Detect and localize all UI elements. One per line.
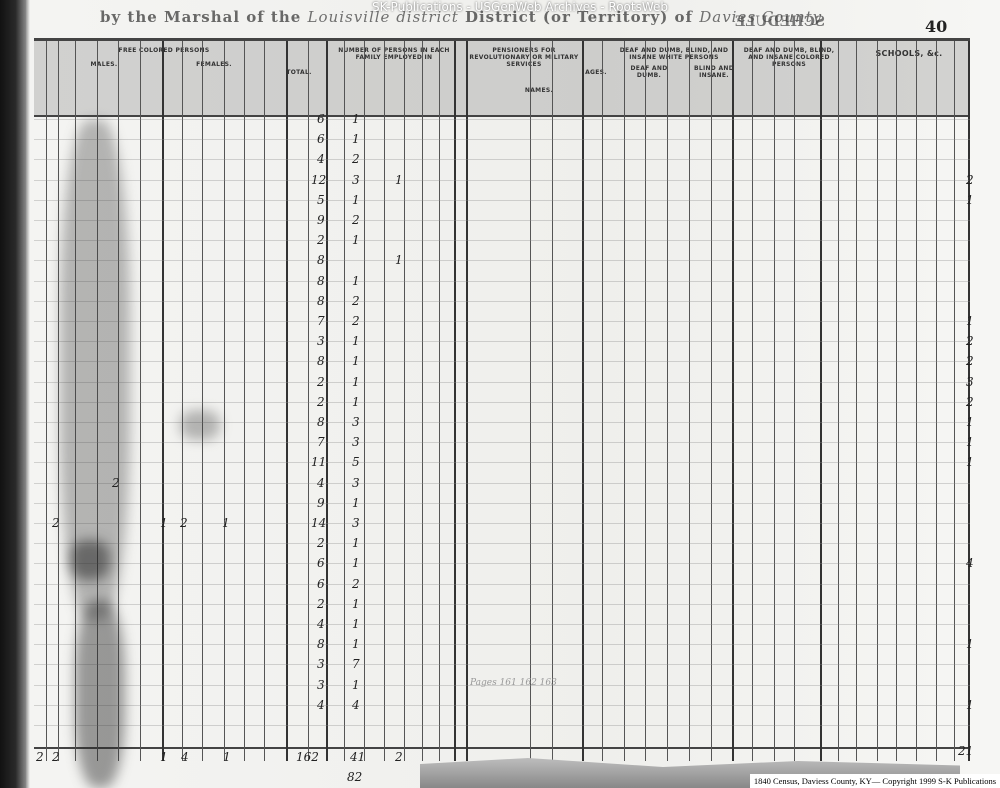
total-females-cell: 1: [160, 750, 168, 764]
page-header: by the Marshal of the Louisville distric…: [100, 8, 822, 26]
row-rule: [34, 725, 970, 726]
total-cell: 9: [317, 496, 325, 510]
agriculture-cell: 2: [352, 294, 360, 308]
agriculture-cell: 3: [352, 435, 360, 449]
agriculture-cell: 1: [352, 193, 360, 207]
agriculture-cell: 7: [352, 657, 360, 671]
row-rule: [34, 523, 970, 524]
illiterate-cell: 1: [966, 637, 974, 651]
total-cell: 6: [317, 556, 325, 570]
agriculture-cell: 1: [352, 132, 360, 146]
row-rule: [34, 563, 970, 564]
hdr-schools: SCHOOLS, &c.: [854, 49, 964, 58]
total-agriculture-cell: 41: [350, 750, 365, 764]
illiterate-cell: 4: [966, 556, 974, 570]
row-rule: [34, 341, 970, 342]
row-rule: [34, 180, 970, 181]
agriculture-cell: 1: [352, 597, 360, 611]
row-rule: [34, 220, 970, 221]
total-males-cell: 2: [36, 750, 44, 764]
stain: [75, 600, 125, 788]
agriculture-cell: 1: [352, 536, 360, 550]
hdr-free-colored: FREE COLORED PERSONS: [54, 47, 274, 54]
row-rule: [34, 604, 970, 605]
total-females-cell: 1: [223, 750, 231, 764]
total-cell: 2: [317, 536, 325, 550]
free-colored-cell: 1: [160, 516, 168, 530]
manufactures-cell: 1: [395, 173, 403, 187]
hdr-pensioners: PENSIONERS FOR REVOLUTIONARY OR MILITARY…: [469, 47, 579, 68]
agriculture-cell: 1: [352, 556, 360, 570]
total-cell: 8: [317, 354, 325, 368]
total-cell: 12: [311, 173, 326, 187]
row-rule: [34, 442, 970, 443]
hdr-deaf-white: DEAF AND DUMB, BLIND, AND INSANE WHITE P…: [614, 47, 734, 61]
sum-note-cell: 82: [347, 770, 362, 784]
total-cell: 3: [317, 657, 325, 671]
agriculture-cell: 2: [352, 314, 360, 328]
illiterate-cell: 3: [966, 375, 974, 389]
agriculture-cell: 3: [352, 415, 360, 429]
total-cell: 4: [317, 617, 325, 631]
row-rule: [34, 361, 970, 362]
total-cell: 8: [317, 415, 325, 429]
stain: [70, 540, 110, 580]
manufactures-cell: 1: [395, 253, 403, 267]
row-rule: [34, 503, 970, 504]
free-colored-cell: 2: [180, 516, 188, 530]
totals-divider: [34, 747, 970, 749]
row-rule: [34, 260, 970, 261]
agriculture-cell: 2: [352, 152, 360, 166]
total-cell: 2: [317, 375, 325, 389]
total-cell: 2: [317, 597, 325, 611]
row-rule: [34, 584, 970, 585]
illiterate-cell: 1: [966, 698, 974, 712]
faint-note: Pages 161 162 163: [470, 678, 557, 688]
total-cell: 6: [317, 577, 325, 591]
row-rule: [34, 240, 970, 241]
census-table: FREE COLORED PERSONS MALES. FEMALES. TOT…: [34, 38, 970, 761]
agriculture-cell: 3: [352, 476, 360, 490]
hdr-names: NAMES.: [514, 87, 564, 94]
total-males-cell: 2: [52, 750, 60, 764]
total-cell: 7: [317, 314, 325, 328]
total-cell: 4: [317, 152, 325, 166]
total-cell: 11: [311, 455, 326, 469]
agriculture-cell: 1: [352, 334, 360, 348]
illiterate-cell: 2: [966, 395, 974, 409]
free-colored-cell: 2: [112, 476, 120, 490]
illiterate-cell: 1: [966, 455, 974, 469]
row-rule: [34, 321, 970, 322]
total-cell: 8: [317, 294, 325, 308]
agriculture-cell: 1: [352, 274, 360, 288]
agriculture-cell: 3: [352, 516, 360, 530]
free-colored-cell: 2: [52, 516, 60, 530]
row-rule: [34, 382, 970, 383]
agriculture-cell: 2: [352, 577, 360, 591]
total-cell: 2: [317, 233, 325, 247]
total-illiterate-cell: 21: [958, 744, 973, 758]
row-rule: [34, 664, 970, 665]
illiterate-cell: 1: [966, 435, 974, 449]
row-rule: [34, 543, 970, 544]
agriculture-cell: 4: [352, 698, 360, 712]
agriculture-cell: 1: [352, 678, 360, 692]
agriculture-cell: 5: [352, 455, 360, 469]
hdr-females: FEMALES.: [159, 61, 269, 68]
total-cell: 9: [317, 213, 325, 227]
agriculture-cell: 1: [352, 233, 360, 247]
row-rule: [34, 644, 970, 645]
agriculture-cell: 1: [352, 637, 360, 651]
row-rule: [34, 705, 970, 706]
hdr-deaf-dumb: DEAF AND DUMB.: [619, 65, 679, 79]
header-prefix: by the Marshal of the: [100, 8, 301, 26]
total-cell: 3: [317, 678, 325, 692]
illiterate-cell: 1: [966, 415, 974, 429]
row-rule: [34, 624, 970, 625]
agriculture-cell: 1: [352, 375, 360, 389]
hdr-blind-insane: BLIND AND INSANE.: [684, 65, 744, 79]
total-cell: 6: [317, 132, 325, 146]
row-rule: [34, 483, 970, 484]
row-rule: [34, 119, 970, 120]
agriculture-cell: 1: [352, 354, 360, 368]
agriculture-cell: 3: [352, 173, 360, 187]
agriculture-cell: 2: [352, 213, 360, 227]
copyright-notice: 1840 Census, Daviess County, KY— Copyrig…: [750, 774, 1000, 788]
row-rule: [34, 200, 970, 201]
agriculture-cell: 1: [352, 617, 360, 631]
row-rule: [34, 139, 970, 140]
schedule-label: SCHEDULE: [735, 14, 825, 30]
census-page: SK-Publications - USGenWeb Archives - Ro…: [0, 0, 1000, 788]
total-cell: 8: [317, 637, 325, 651]
grand-total-cell: 162: [296, 750, 319, 764]
book-binding: [0, 0, 26, 788]
hdr-ages: AGES.: [582, 69, 610, 76]
row-rule: [34, 402, 970, 403]
total-females-cell: 4: [181, 750, 189, 764]
total-cell: 6: [317, 112, 325, 126]
page-number: 40: [925, 17, 947, 36]
agriculture-cell: 1: [352, 496, 360, 510]
total-cell: 2: [317, 395, 325, 409]
free-colored-cell: 1: [222, 516, 230, 530]
stain: [180, 410, 220, 440]
agriculture-cell: 1: [352, 112, 360, 126]
illiterate-cell: 2: [966, 173, 974, 187]
header-middle: District (or Territory) of: [465, 8, 693, 26]
illiterate-cell: 1: [966, 314, 974, 328]
row-rule: [34, 462, 970, 463]
total-cell: 14: [311, 516, 326, 530]
row-rule: [34, 281, 970, 282]
illiterate-cell: 2: [966, 334, 974, 348]
row-rule: [34, 422, 970, 423]
total-cell: 4: [317, 698, 325, 712]
total-cell: 7: [317, 435, 325, 449]
hdr-males: MALES.: [54, 61, 154, 68]
total-cell: 8: [317, 274, 325, 288]
total-cell: 3: [317, 334, 325, 348]
illiterate-cell: 2: [966, 354, 974, 368]
agriculture-cell: 1: [352, 395, 360, 409]
handwritten-district: Louisville district: [308, 8, 459, 26]
total-cell: 5: [317, 193, 325, 207]
total-manufactures-cell: 2: [395, 750, 403, 764]
hdr-deaf-colored: DEAF AND DUMB, BLIND, AND INSANE COLORED…: [739, 47, 839, 68]
hdr-total: TOTAL.: [279, 69, 319, 76]
row-rule: [34, 159, 970, 160]
total-cell: 4: [317, 476, 325, 490]
total-cell: 8: [317, 253, 325, 267]
illiterate-cell: 1: [966, 193, 974, 207]
row-rule: [34, 301, 970, 302]
